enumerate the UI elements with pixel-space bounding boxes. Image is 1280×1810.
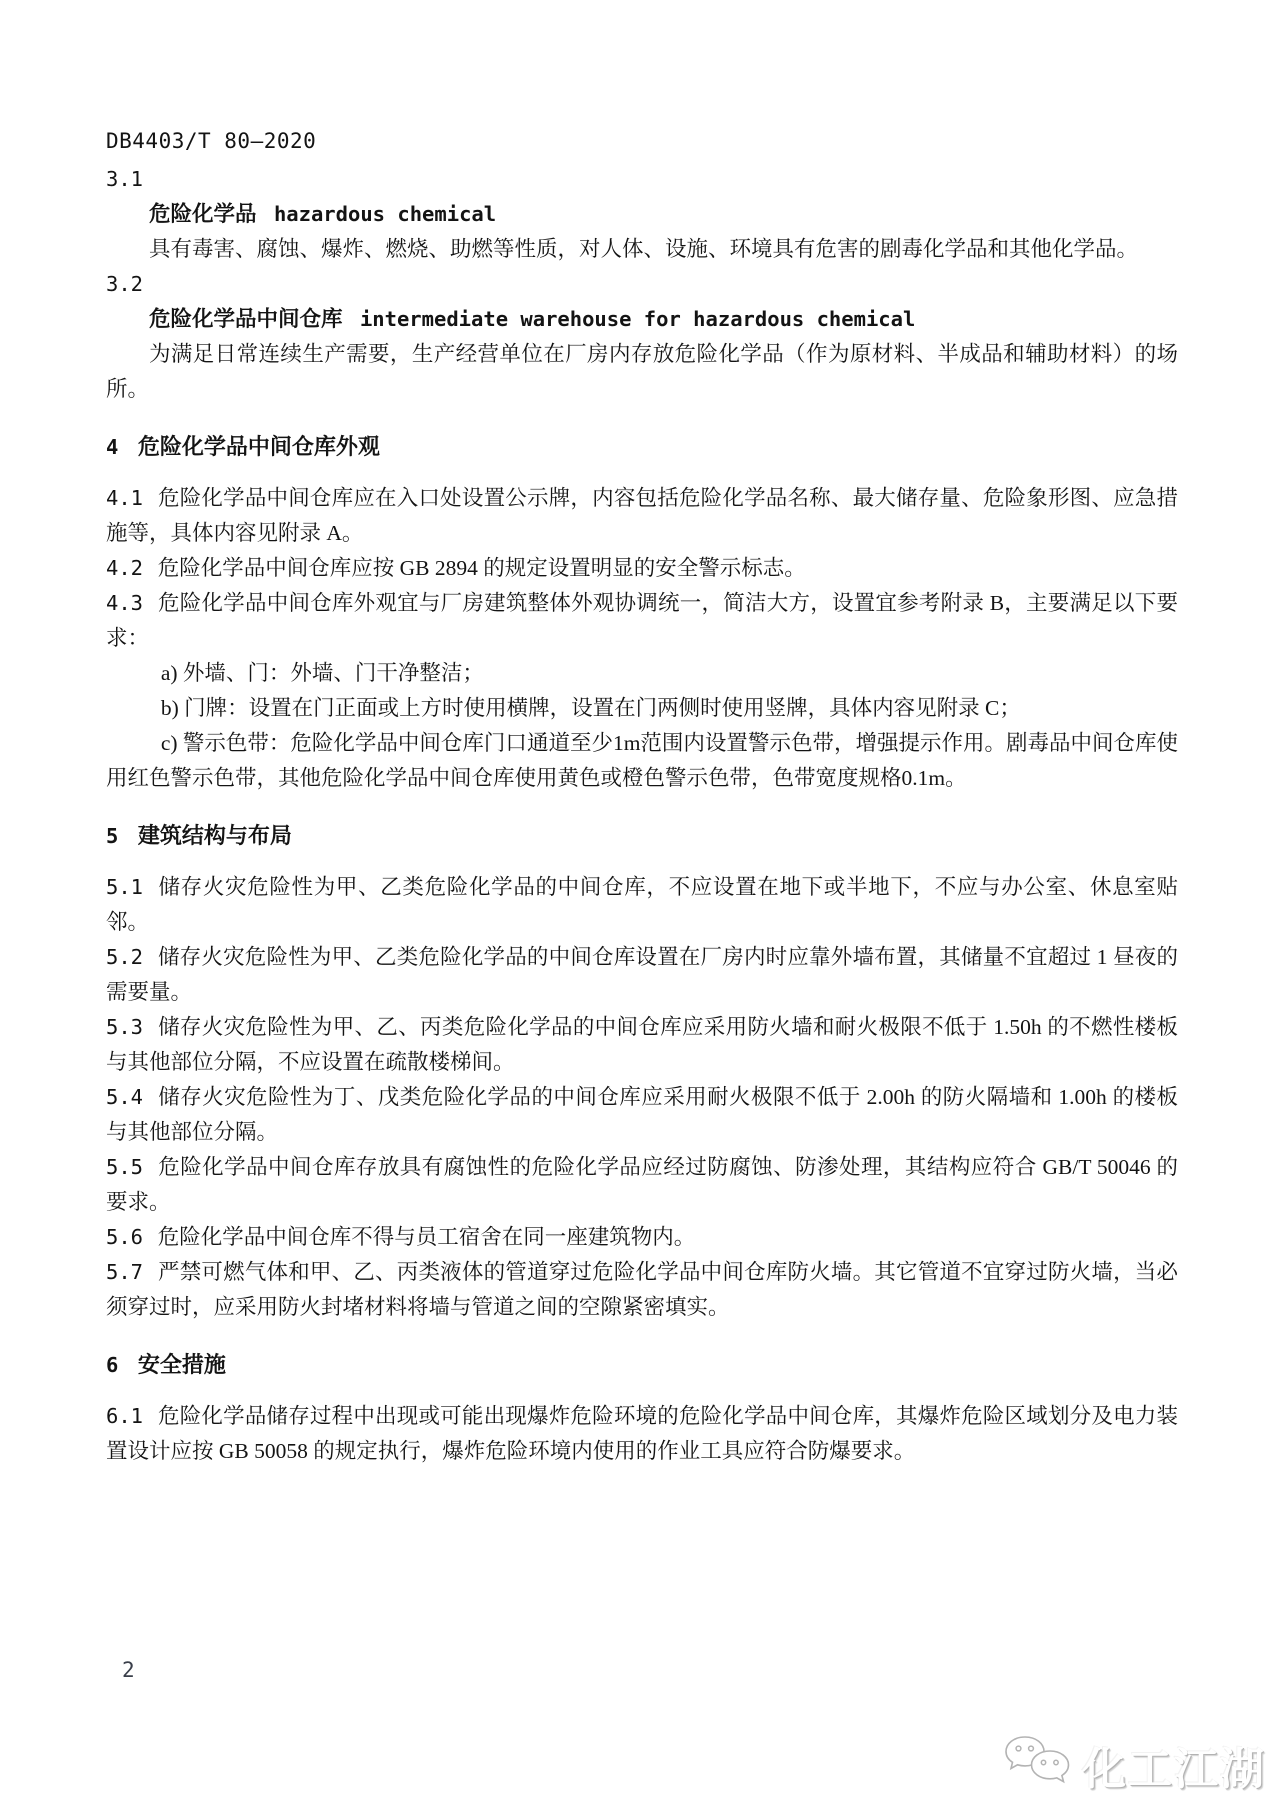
clause-paragraph-5.4: 5.4储存火灾危险性为丁、戊类危险化学品的中间仓库应采用耐火极限不低于 2.00… xyxy=(106,1080,1178,1150)
clause-number: 5.7 xyxy=(106,1260,158,1284)
document-body: 3.1危险化学品hazardous chemical具有毒害、腐蚀、爆炸、燃烧、… xyxy=(106,162,1178,1469)
paragraph-text: 储存火灾危险性为甲、乙、丙类危险化学品的中间仓库应采用防火墙和耐火极限不低于 1… xyxy=(106,1015,1178,1074)
clause-number: 5 xyxy=(106,824,138,848)
paragraph: 为满足日常连续生产需要，生产经营单位在厂房内存放危险化学品（作为原材料、半成品和… xyxy=(106,337,1178,407)
clause-paragraph-5.5: 5.5危险化学品中间仓库存放具有腐蚀性的危险化学品应经过防腐蚀、防渗处理，其结构… xyxy=(106,1150,1178,1220)
paragraph-text: 危险化学品中间仓库外观宜与厂房建筑整体外观协调统一，简洁大方，设置宜参考附录 B… xyxy=(106,591,1178,650)
clause-number: 4 xyxy=(106,435,138,459)
paragraph-text: 储存火灾危险性为甲、乙类危险化学品的中间仓库设置在厂房内时应靠外墙布置，其储量不… xyxy=(106,945,1178,1004)
paragraph-text: 严禁可燃气体和甲、乙、丙类液体的管道穿过危险化学品中间仓库防火墙。其它管道不宜穿… xyxy=(106,1260,1178,1319)
paragraph-text: 建筑结构与布局 xyxy=(138,823,292,848)
page-number: 2 xyxy=(122,1658,135,1682)
paragraph-text: 具有毒害、腐蚀、爆炸、燃烧、助燃等性质，对人体、设施、环境具有危害的剧毒化学品和… xyxy=(149,237,1138,261)
clause-number: 5.5 xyxy=(106,1155,158,1179)
clause-paragraph-5.1: 5.1储存火灾危险性为甲、乙类危险化学品的中间仓库，不应设置在地下或半地下，不应… xyxy=(106,870,1178,940)
term-title: 危险化学品hazardous chemical xyxy=(106,197,1178,232)
clause-paragraph-5.7: 5.7严禁可燃气体和甲、乙、丙类液体的管道穿过危险化学品中间仓库防火墙。其它管道… xyxy=(106,1255,1178,1325)
document-content: DB4403/T 80—2020 3.1危险化学品hazardous chemi… xyxy=(106,128,1178,1469)
paragraph-text: 储存火灾危险性为丁、戊类危险化学品的中间仓库应采用耐火极限不低于 2.00h 的… xyxy=(106,1085,1178,1144)
section-heading-4: 4危险化学品中间仓库外观 xyxy=(106,429,1178,465)
clause-paragraph-5.6: 5.6危险化学品中间仓库不得与员工宿舍在同一座建筑物内。 xyxy=(106,1220,1178,1255)
paragraph-text: 危险化学品中间仓库不得与员工宿舍在同一座建筑物内。 xyxy=(158,1225,696,1249)
clause-paragraph-5.2: 5.2储存火灾危险性为甲、乙类危险化学品的中间仓库设置在厂房内时应靠外墙布置，其… xyxy=(106,940,1178,1010)
list-item: c) 警示色带：危险化学品中间仓库门口通道至少1m范围内设置警示色带，增强提示作… xyxy=(106,726,1178,796)
clause-number: 5.4 xyxy=(106,1085,158,1109)
standard-document-page: DB4403/T 80—2020 3.1危险化学品hazardous chemi… xyxy=(0,0,1280,1810)
document-number-header: DB4403/T 80—2020 xyxy=(106,128,1178,154)
clause-paragraph-4.3: 4.3危险化学品中间仓库外观宜与厂房建筑整体外观协调统一，简洁大方，设置宜参考附… xyxy=(106,586,1178,656)
term-english: hazardous chemical xyxy=(257,202,497,226)
paragraph-text: 危险化学品储存过程中出现或可能出现爆炸危险环境的危险化学品中间仓库，其爆炸危险区… xyxy=(106,1404,1178,1463)
paragraph-text: 危险化学品中间仓库外观 xyxy=(138,434,380,459)
paragraph-text: 危险化学品中间仓库应按 GB 2894 的规定设置明显的安全警示标志。 xyxy=(158,556,806,580)
clause-number: 6.1 xyxy=(106,1404,158,1428)
clause-number: 5.6 xyxy=(106,1225,158,1249)
footer-watermark: 化工江湖 xyxy=(1002,1733,1266,1797)
clause-number: 4.2 xyxy=(106,556,158,580)
paragraph-text: 安全措施 xyxy=(138,1352,226,1377)
clause-number: 5.3 xyxy=(106,1015,158,1039)
clause-number: 4.1 xyxy=(106,486,158,510)
clause-number: 3.1 xyxy=(106,167,143,191)
clause-number: 5.1 xyxy=(106,875,158,899)
paragraph-text: 为满足日常连续生产需要，生产经营单位在厂房内存放危险化学品（作为原材料、半成品和… xyxy=(106,342,1178,401)
clause-paragraph-4.2: 4.2危险化学品中间仓库应按 GB 2894 的规定设置明显的安全警示标志。 xyxy=(106,551,1178,586)
term-number-3.1: 3.1 xyxy=(106,162,1178,197)
paragraph-text: 危险化学品中间仓库应在入口处设置公示牌，内容包括危险化学品名称、最大储存量、危险… xyxy=(106,486,1178,545)
clause-number: 4.3 xyxy=(106,591,158,615)
list-item: a) 外墙、门：外墙、门干净整洁； xyxy=(106,656,1178,691)
clause-number: 3.2 xyxy=(106,272,143,296)
paragraph-text: b) 门牌：设置在门正面或上方时使用横牌，设置在门两侧时使用竖牌，具体内容见附录… xyxy=(161,696,1021,720)
paragraph: 具有毒害、腐蚀、爆炸、燃烧、助燃等性质，对人体、设施、环境具有危害的剧毒化学品和… xyxy=(106,232,1178,267)
paragraph-text: a) 外墙、门：外墙、门干净整洁； xyxy=(161,661,484,685)
list-item: b) 门牌：设置在门正面或上方时使用横牌，设置在门两侧时使用竖牌，具体内容见附录… xyxy=(106,691,1178,726)
wechat-bubbles-icon xyxy=(1002,1734,1074,1796)
section-heading-5: 5建筑结构与布局 xyxy=(106,818,1178,854)
clause-number: 6 xyxy=(106,1353,138,1377)
section-heading-6: 6安全措施 xyxy=(106,1347,1178,1383)
term-chinese: 危险化学品中间仓库 xyxy=(149,307,343,331)
clause-paragraph-5.3: 5.3储存火灾危险性为甲、乙、丙类危险化学品的中间仓库应采用防火墙和耐火极限不低… xyxy=(106,1010,1178,1080)
paragraph-text: 储存火灾危险性为甲、乙类危险化学品的中间仓库，不应设置在地下或半地下，不应与办公… xyxy=(106,875,1178,934)
footer-logo-text: 化工江湖 xyxy=(1082,1733,1266,1797)
paragraph-text: 危险化学品中间仓库存放具有腐蚀性的危险化学品应经过防腐蚀、防渗处理，其结构应符合… xyxy=(106,1155,1178,1214)
term-number-3.2: 3.2 xyxy=(106,267,1178,302)
term-english: intermediate warehouse for hazardous che… xyxy=(343,307,916,331)
clause-paragraph-6.1: 6.1危险化学品储存过程中出现或可能出现爆炸危险环境的危险化学品中间仓库，其爆炸… xyxy=(106,1399,1178,1469)
paragraph-text: c) 警示色带：危险化学品中间仓库门口通道至少1m范围内设置警示色带，增强提示作… xyxy=(106,731,1178,790)
term-chinese: 危险化学品 xyxy=(149,202,257,226)
term-title: 危险化学品中间仓库intermediate warehouse for haza… xyxy=(106,302,1178,337)
clause-number: 5.2 xyxy=(106,945,158,969)
clause-paragraph-4.1: 4.1危险化学品中间仓库应在入口处设置公示牌，内容包括危险化学品名称、最大储存量… xyxy=(106,481,1178,551)
